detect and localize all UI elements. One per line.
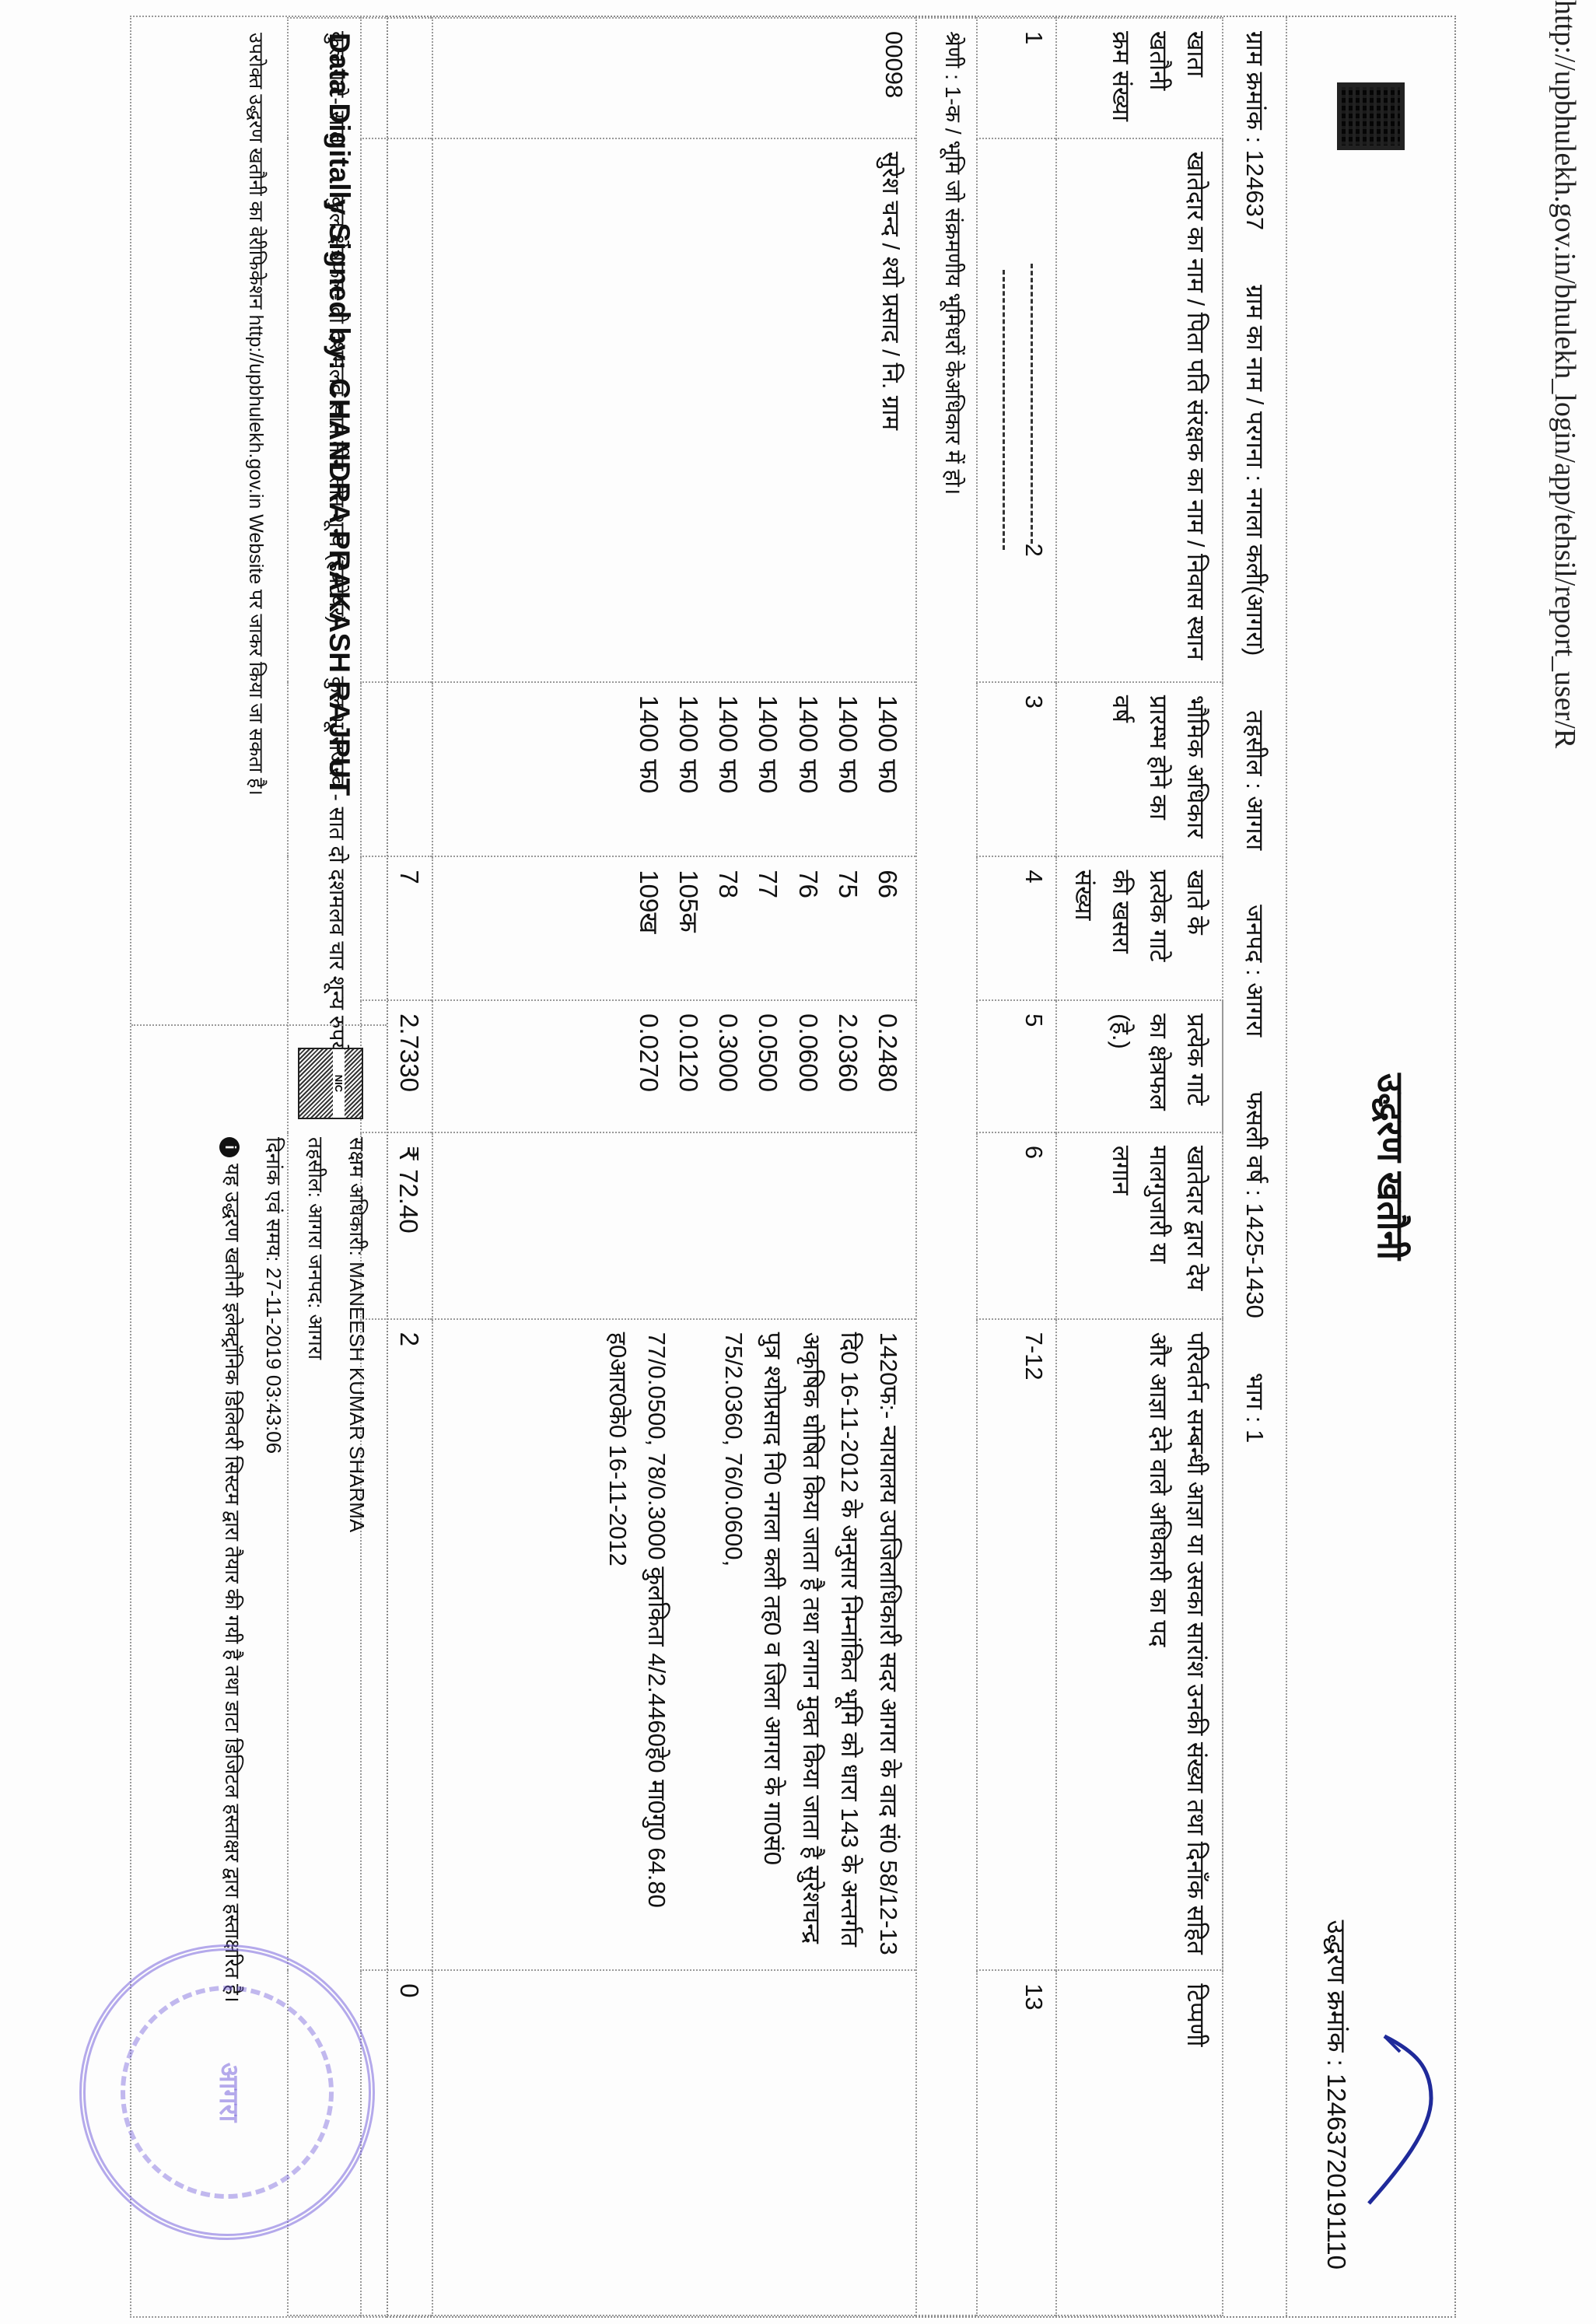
list-item: 0.3000 — [709, 1013, 748, 1119]
column-number: 4 — [977, 856, 1056, 1000]
list-item: 75 — [828, 870, 868, 987]
column-number: 6 — [977, 1132, 1056, 1319]
village-name: ग्राम का नाम / परगना : नगला कली(आगरा) — [1239, 285, 1272, 656]
issue-datetime: दिनांक एवं समय: 27-11-2019 03:43:06 — [253, 1137, 294, 2003]
footer-left: Data Digitally Signed by: CHANDRA PRAKAS… — [131, 17, 387, 1026]
list-item: 78 — [709, 870, 748, 987]
column-number: 1 — [977, 18, 1056, 138]
header-cell: खातेदार का नाम / पिता पति संरक्षक का नाम… — [1056, 138, 1223, 682]
list-item: 1400 फ0 — [828, 695, 868, 844]
column-number: 2 — [977, 138, 1056, 682]
header-cell: खाता खतौनी क्रम संख्या — [1056, 18, 1223, 138]
officer-location: तहसील: आगरा जनपद: आगरा — [294, 1137, 335, 2003]
header-cell: परिवर्तन सम्बन्धी आज्ञा या उसका सारांश उ… — [1056, 1319, 1223, 1971]
table-row: 00098 सुरेश चन्द / श्यो प्रसाद / नि. ग्र… — [432, 18, 916, 2315]
list-item: 0.2480 — [868, 1013, 908, 1119]
owner-name: सुरेश चन्द / श्यो प्रसाद / नि. ग्राम — [432, 138, 916, 682]
column-number: 3 — [977, 682, 1056, 857]
khata-number: 00098 — [432, 18, 916, 138]
district: जनपद : आगरा — [1239, 905, 1272, 1037]
list-item: 0.0270 — [629, 1013, 669, 1119]
list-item: 0.0120 — [669, 1013, 709, 1119]
category-row: श्रेणी : 1-क / भूमि जो संक्रमणीय भूमिधरो… — [916, 18, 977, 2315]
meta-row: ग्राम क्रमांक : 124637 ग्राम का नाम / पर… — [1222, 17, 1287, 2316]
header-cell: टिप्पणी — [1056, 1970, 1223, 2315]
column-number-row: 1 2 3 4 5 6 7-12 13 — [977, 18, 1056, 2315]
khatauni-frame: उद्धरण खतौनी उद्धरण क्रमांक : 1246372019… — [387, 16, 1456, 2318]
list-item: 0.0500 — [748, 1013, 788, 1119]
category-label: श्रेणी : 1-क / भूमि जो संक्रमणीय भूमिधरो… — [916, 18, 977, 2315]
column-number: 13 — [977, 1970, 1056, 2315]
tehsil: तहसील : आगरा — [1239, 710, 1272, 850]
column-number: 5 — [977, 1000, 1056, 1132]
list-item: 1400 फ0 — [868, 695, 908, 844]
fasli-year: फसली वर्ष : 1425-1430 — [1239, 1091, 1272, 1318]
officer-name: सक्षम अधिकारी: MANEESH KUMAR SHARMA — [336, 1137, 377, 2003]
header-cell: भौमिक अधिकार प्रारम्भ होने का वर्ष — [1056, 682, 1223, 857]
list-item: 76 — [788, 870, 828, 987]
area-list: 0.24802.03600.06000.05000.30000.01200.02… — [432, 1000, 916, 1132]
column-number: 7-12 — [977, 1319, 1056, 1971]
browser-url: http://upbhulekh.gov.in/bhulekh_login/ap… — [1548, 0, 1582, 748]
list-item: 0.0600 — [788, 1013, 828, 1119]
khatauni-table: खाता खतौनी क्रम संख्या खातेदार का नाम / … — [287, 17, 1223, 2316]
officer-block: सक्षम अधिकारी: MANEESH KUMAR SHARMA तहसी… — [212, 1137, 377, 2003]
header-cell: प्रत्येक गाटे का क्षेत्रफल (हे.) — [1056, 1000, 1223, 1132]
list-item: 109ख — [629, 870, 669, 987]
remarks-cell: 1420फ:- न्यायालय उपजिलाधिकारी सदर आगरा क… — [432, 1319, 916, 1971]
document-title: उद्धरण खतौनी — [1367, 17, 1416, 2316]
revenue-cell — [432, 1132, 916, 1319]
list-item: 1400 फ0 — [709, 695, 748, 844]
list-item: 1400 फ0 — [788, 695, 828, 844]
info-icon: i — [219, 1137, 240, 1157]
handwritten-signature-icon — [1353, 2021, 1478, 2207]
list-item: 2.0360 — [828, 1013, 868, 1119]
list-item: 77 — [748, 870, 788, 987]
digital-signature: Data Digitally Signed by: CHANDRA PRAKAS… — [323, 33, 355, 796]
official-stamp-icon: आगरा — [79, 1944, 375, 2240]
header-cell: खातेदार द्वारा देय मालगुजारी या लगान — [1056, 1132, 1223, 1319]
header-cell: खाते के प्रत्येक गाटे की खसरा संख्या — [1056, 856, 1223, 1000]
list-item: 1400 फ0 — [748, 695, 788, 844]
khasra-number-list: 6675767778105क109ख — [432, 856, 916, 1000]
list-item: 105क — [669, 870, 709, 987]
rights-year-list: 1400 फ01400 फ01400 फ01400 फ01400 फ01400 … — [432, 682, 916, 857]
notes-cell — [432, 1970, 916, 2315]
verification-note: उपरोक्त उद्धरण खतौनी का वेरीफिकेशन http:… — [243, 33, 270, 796]
electronic-notice: iयह उद्धरण खतौनी इलेक्ट्रॉनिक डिलिवरी सि… — [212, 1137, 253, 2003]
khatauni-page: http://upbhulekh.gov.in/bhulekh_login/ap… — [0, 0, 1596, 2324]
list-item: 66 — [868, 870, 908, 987]
list-item: 1400 फ0 — [669, 695, 709, 844]
village-code: ग्राम क्रमांक : 124637 — [1239, 31, 1272, 230]
part: भाग : 1 — [1239, 1373, 1272, 1443]
title-row: उद्धरण खतौनी उद्धरण क्रमांक : 1246372019… — [1286, 17, 1454, 2316]
list-item: 1400 फ0 — [629, 695, 669, 844]
nic-logo-icon: NIC — [298, 1048, 363, 1119]
reference-number: उद्धरण क्रमांक : 12463720191110 — [1320, 1920, 1355, 2270]
table-header-row: खाता खतौनी क्रम संख्या खातेदार का नाम / … — [1056, 18, 1223, 2315]
